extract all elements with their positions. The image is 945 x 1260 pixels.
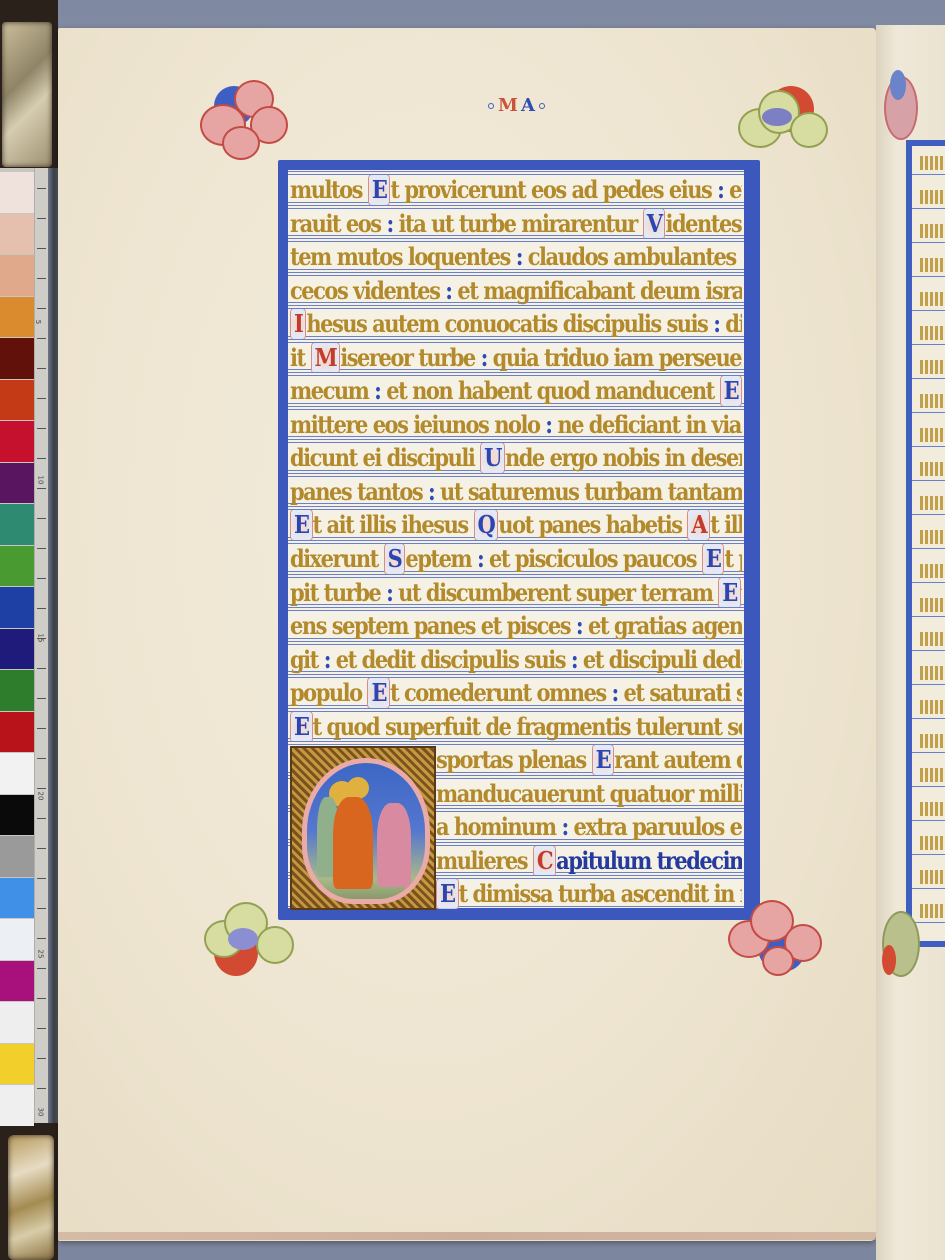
facing-text-line: [920, 870, 945, 884]
ruling-line: [288, 506, 744, 507]
ruling-line: [288, 473, 744, 474]
corner-ornament-bottom-left: [204, 900, 294, 980]
gothic-text: sportas plenas Erant autem qui: [436, 745, 742, 775]
color-swatch: [0, 670, 34, 711]
color-swatch: [0, 1044, 34, 1085]
ruling-line: [288, 339, 744, 340]
ruler-label: 30: [36, 1108, 44, 1117]
gothic-text: multos Et provicerunt eos ad pedes eius …: [290, 175, 742, 205]
facing-text-line: [920, 190, 945, 204]
running-head-right: A: [521, 95, 535, 116]
top-clasp: [2, 22, 52, 167]
facing-text-line: [920, 768, 945, 782]
ruling-line: [288, 238, 744, 239]
text-line: dixerunt Septem : et pisciculos paucos E…: [288, 539, 744, 573]
gothic-text: Et ait illis ihesus Quot panes habetis A…: [290, 510, 742, 540]
facing-ruling-line: [912, 752, 945, 753]
ruling-line: [288, 607, 744, 608]
color-swatch: [0, 338, 34, 379]
color-swatch: [0, 919, 34, 960]
dot-icon: [488, 103, 494, 109]
ruler-tick: [37, 398, 46, 399]
color-swatch: [0, 1002, 34, 1043]
gothic-text: cecos videntes : et magnificabant deum i…: [290, 276, 742, 306]
ruling-line: [288, 574, 744, 575]
text-line: mecum : et non habent quod manducent Et …: [288, 371, 744, 405]
facing-text-line: [920, 700, 945, 714]
corner-ornament-bottom-right: [728, 900, 818, 980]
ruler-tick: [37, 548, 46, 549]
miniature-scene: [302, 758, 430, 904]
text-line: ens septem panes et pisces : et gratias …: [288, 606, 744, 640]
gothic-text: tem mutos loquentes : claudos ambulantes: [290, 242, 742, 272]
text-line: multos Et provicerunt eos ad pedes eius …: [288, 170, 744, 204]
gothic-text: Et dimissa turba ascendit in na: [436, 879, 742, 909]
text-line: Ihesus autem conuocatis discipulis suis …: [288, 304, 744, 338]
text-line: mittere eos ieiunos nolo : ne deficiant …: [288, 405, 744, 439]
facing-text-line: [920, 666, 945, 680]
ruler-tick: [37, 668, 46, 669]
facing-ruling-line: [912, 208, 945, 209]
ruler-tick: [37, 698, 46, 699]
page-edge: [58, 1232, 876, 1240]
facing-ruling-line: [912, 854, 945, 855]
gothic-text: ens septem panes et pisces : et gratias …: [290, 611, 742, 641]
ruler-tick: [37, 998, 46, 999]
text-line: populo Et comederunt omnes : et saturati…: [288, 673, 744, 707]
color-swatch: [0, 255, 34, 296]
facing-ruling-line: [912, 820, 945, 821]
running-head: M A: [488, 95, 545, 116]
text-line: rauit eos : ita ut turbe mirarentur Vide…: [288, 204, 744, 238]
color-swatch: [0, 546, 34, 587]
facing-text-line: [920, 428, 945, 442]
ruler-tick: [37, 248, 46, 249]
running-head-left: M: [498, 95, 517, 116]
facing-text-line: [920, 802, 945, 816]
facing-ruling-line: [912, 446, 945, 447]
text-line: pit turbe : ut discumberent super terram…: [288, 573, 744, 607]
facing-text-line: [920, 564, 945, 578]
gothic-text: Ihesus autem conuocatis discipulis suis …: [290, 309, 742, 339]
color-swatch: [0, 753, 34, 794]
ruler-tick: [37, 878, 46, 879]
color-swatch: [0, 712, 34, 753]
bottom-clasp: [8, 1135, 54, 1260]
facing-text-line: [920, 258, 945, 272]
ruler-tick: [37, 728, 46, 729]
facing-text-line: [920, 598, 945, 612]
facing-ruling-line: [912, 310, 945, 311]
gothic-text: panes tantos : ut saturemus turbam tanta…: [290, 477, 742, 507]
disciple-figure: [377, 803, 411, 887]
facing-ruling-line: [912, 548, 945, 549]
ruler-tick: [37, 908, 46, 909]
facing-text-line: [920, 156, 945, 170]
color-swatch: [0, 421, 34, 462]
facing-text-line: [920, 394, 945, 408]
ruler-tick: [37, 368, 46, 369]
gothic-text: rauit eos : ita ut turbe mirarentur Vide…: [290, 209, 742, 239]
facing-text-line: [920, 224, 945, 238]
ruling-line: [288, 406, 744, 407]
gothic-text: git : et dedit discipulis suis : et disc…: [290, 645, 742, 675]
facing-ruling-line: [912, 344, 945, 345]
facing-text-line: [920, 530, 945, 544]
ruler-tick: [37, 338, 46, 339]
ruling-line: [288, 305, 744, 306]
color-swatch: [0, 961, 34, 1002]
color-swatch: [0, 463, 34, 504]
facing-ruling-line: [912, 514, 945, 515]
facing-text-line: [920, 496, 945, 510]
color-swatch: [0, 172, 34, 213]
color-swatch: [0, 836, 34, 877]
corner-ornament-top-left: [200, 78, 290, 158]
gothic-text: dixerunt Septem : et pisciculos paucos E…: [290, 544, 742, 574]
facing-text-line: [920, 360, 945, 374]
color-swatch: [0, 214, 34, 255]
ruler-tick: [37, 1088, 46, 1089]
text-line: panes tantos : ut saturemus turbam tanta…: [288, 472, 744, 506]
historiated-initial: [290, 746, 436, 910]
gothic-text: it Misereor turbe : quia triduo iam pers…: [290, 343, 742, 373]
ruling-line: [288, 171, 744, 172]
facing-text-line: [920, 904, 945, 918]
ruler-tick: [37, 578, 46, 579]
ruler-label: 5: [34, 320, 42, 324]
halo-icon: [347, 777, 369, 799]
facing-text-line: [920, 292, 945, 306]
color-swatch: [0, 629, 34, 670]
facing-ruling-line: [912, 276, 945, 277]
ruler-tick: [37, 1028, 46, 1029]
gothic-text: Et quod superfuit de fragmentis tulerunt…: [290, 712, 742, 742]
ruler-tick: [37, 758, 46, 759]
facing-ruling-line: [912, 786, 945, 787]
gothic-text: populo Et comederunt omnes : et saturati…: [290, 678, 742, 708]
christ-figure: [333, 797, 373, 889]
ruler-tick: [37, 1058, 46, 1059]
ruler-tick: [37, 308, 46, 309]
color-swatch: [0, 1085, 34, 1126]
ruler-tick: [37, 968, 46, 969]
ruling-line: [288, 205, 744, 206]
ruler-tick: [37, 518, 46, 519]
color-swatch: [0, 878, 34, 919]
facing-corner-ornament-bottom: [880, 905, 920, 985]
color-swatch: [0, 587, 34, 628]
ruler-tick: [37, 428, 46, 429]
color-swatch: [0, 380, 34, 421]
corner-ornament-top-right: [738, 82, 828, 162]
ruler-tick: [37, 788, 46, 789]
gothic-text: a hominum : extra paruulos et: [436, 812, 742, 842]
facing-ruling-line: [912, 242, 945, 243]
ruler-tick: [37, 938, 46, 939]
facing-ruling-line: [912, 412, 945, 413]
facing-text-line: [920, 836, 945, 850]
facing-ruling-line: [912, 378, 945, 379]
ruler-tick: [37, 188, 46, 189]
ruling-line: [288, 439, 744, 440]
facing-corner-ornament-top: [880, 70, 920, 150]
facing-text-frame: [906, 140, 945, 947]
ruler-tick: [37, 848, 46, 849]
facing-ruling-line: [912, 616, 945, 617]
color-target: 51015202530: [0, 168, 48, 1123]
ruler-tick: [37, 278, 46, 279]
ruler-tick: [37, 458, 46, 459]
ruler-tick: [37, 488, 46, 489]
text-line: git : et dedit discipulis suis : et disc…: [288, 640, 744, 674]
gutter-shadow: [48, 168, 58, 1123]
facing-text-line: [920, 326, 945, 340]
facing-ruling-line: [912, 174, 945, 175]
dot-icon: [539, 103, 545, 109]
gothic-text: manducauerunt quatuor milli: [436, 779, 742, 809]
ruling-line: [288, 708, 744, 709]
text-line: cecos videntes : et magnificabant deum i…: [288, 271, 744, 305]
text-line: Et ait illis ihesus Quot panes habetis A…: [288, 505, 744, 539]
gothic-text: dicunt ei discipuli Unde ergo nobis in d…: [290, 443, 742, 473]
ruling-line: [288, 674, 744, 675]
facing-ruling-line: [912, 718, 945, 719]
ruling-line: [288, 641, 744, 642]
ruler-tick: [37, 608, 46, 609]
facing-text-line: [920, 734, 945, 748]
ruling-line: [288, 741, 744, 742]
facing-text-line: [920, 462, 945, 476]
color-swatch: [0, 504, 34, 545]
ruling-line: [288, 540, 744, 541]
facing-ruling-line: [912, 888, 945, 889]
color-swatch: [0, 297, 34, 338]
text-line: tem mutos loquentes : claudos ambulantes: [288, 237, 744, 271]
color-swatch: [0, 795, 34, 836]
gothic-text: pit turbe : ut discumberent super terram…: [290, 578, 742, 608]
ruler-label: 10: [36, 476, 44, 485]
facing-ruling-line: [912, 684, 945, 685]
gothic-text: mulieres Capitulum tredecimum: [436, 846, 742, 876]
facing-ruling-line: [912, 650, 945, 651]
facing-text-line: [920, 632, 945, 646]
ruler-tick: [37, 218, 46, 219]
text-line: Et quod superfuit de fragmentis tulerunt…: [288, 707, 744, 741]
text-line: dicunt ei discipuli Unde ergo nobis in d…: [288, 438, 744, 472]
ruler-label: 15: [36, 634, 44, 643]
text-line: it Misereor turbe : quia triduo iam pers…: [288, 338, 744, 372]
gothic-text: mittere eos ieiunos nolo : ne deficiant …: [290, 410, 742, 440]
ruling-line: [288, 372, 744, 373]
facing-ruling-line: [912, 582, 945, 583]
facing-ruling-line: [912, 480, 945, 481]
ruler-tick: [37, 818, 46, 819]
ruler: 51015202530: [34, 168, 49, 1123]
ruler-label: 20: [36, 792, 44, 801]
gothic-text: mecum : et non habent quod manducent Et …: [290, 376, 742, 406]
ruler-label: 25: [36, 950, 44, 959]
ruling-line: [288, 272, 744, 273]
